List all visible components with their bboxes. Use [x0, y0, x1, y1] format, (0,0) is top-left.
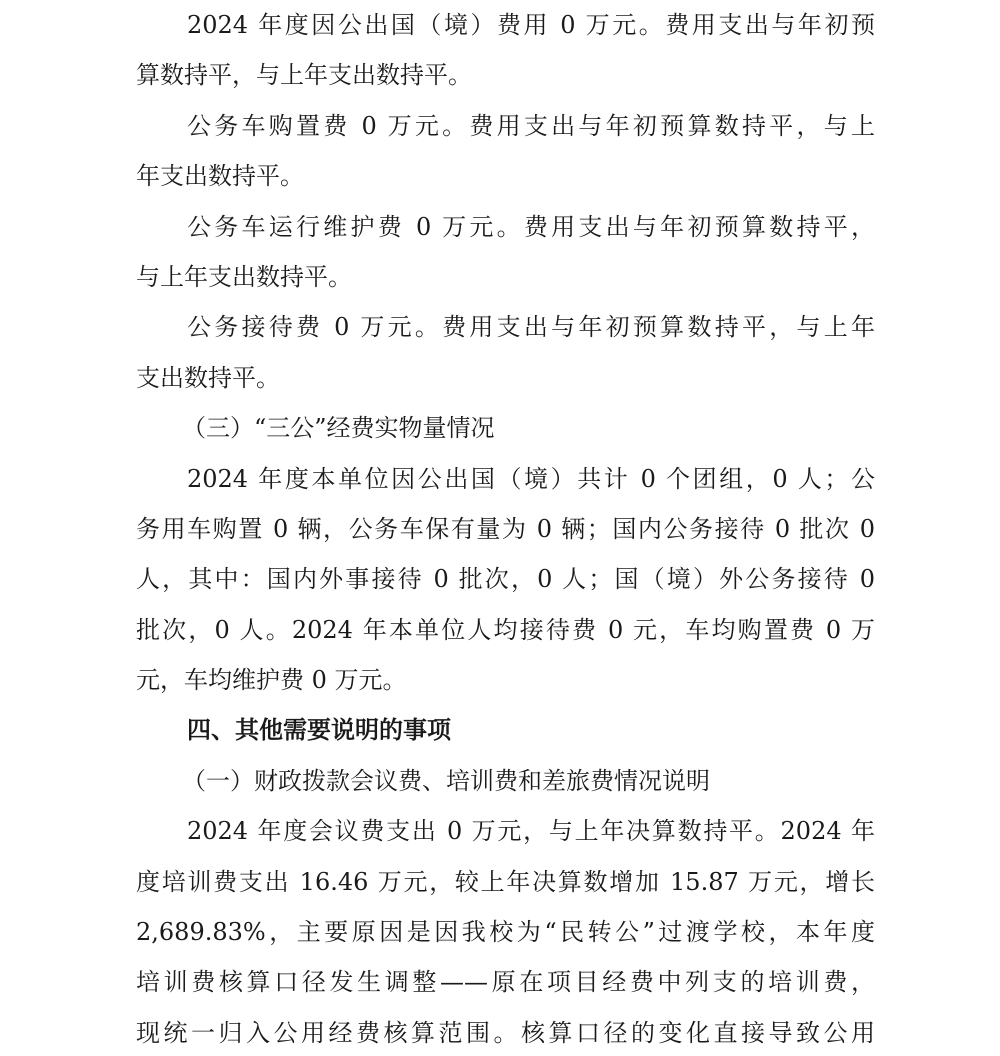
subheading-meetings-training-travel: （一）财政拨款会议费、培训费和差旅费情况说明	[136, 756, 875, 806]
text-line: 批次，0 人。2024 年本单位人均接待费 0 元，车均购置费 0 万	[136, 605, 875, 655]
text-line: 公务车购置费 0 万元。费用支出与年初预算数持平，与上	[136, 101, 875, 151]
text-line: 与上年支出数持平。	[136, 252, 875, 302]
paragraph-vehicle-maintenance: 公务车运行维护费 0 万元。费用支出与年初预算数持平， 与上年支出数持平。	[136, 202, 875, 303]
text-line: 度培训费支出 16.46 万元，较上年决算数增加 15.87 万元，增长	[136, 857, 875, 907]
text-line: 公务车运行维护费 0 万元。费用支出与年初预算数持平，	[136, 202, 875, 252]
paragraph-official-reception: 公务接待费 0 万元。费用支出与年初预算数持平，与上年 支出数持平。	[136, 302, 875, 403]
text-line: 年支出数持平。	[136, 151, 875, 201]
text-line: 现统一归入公用经费核算范围。核算口径的变化直接导致公用	[136, 1008, 875, 1056]
text-line: 人，其中：国内外事接待 0 批次，0 人；国（境）外公务接待 0	[136, 554, 875, 604]
paragraph-meetings-training: 2024 年度会议费支出 0 万元，与上年决算数持平。2024 年 度培训费支出…	[136, 806, 875, 1056]
text-line: 2024 年度因公出国（境）费用 0 万元。费用支出与年初预	[136, 0, 875, 50]
paragraph-overseas-travel: 2024 年度因公出国（境）费用 0 万元。费用支出与年初预 算数持平，与上年支…	[136, 0, 875, 101]
text-line: 务用车购置 0 辆，公务车保有量为 0 辆；国内公务接待 0 批次 0	[136, 504, 875, 554]
text-line: 2024 年度会议费支出 0 万元，与上年决算数持平。2024 年	[136, 806, 875, 856]
subheading-three-public-expenses: （三）“三公”经费实物量情况	[136, 403, 875, 453]
text-line: 公务接待费 0 万元。费用支出与年初预算数持平，与上年	[136, 302, 875, 352]
section-heading-other-matters: 四、其他需要说明的事项	[136, 705, 875, 755]
document-page: 2024 年度因公出国（境）费用 0 万元。费用支出与年初预 算数持平，与上年支…	[136, 0, 875, 1056]
text-line: 支出数持平。	[136, 353, 875, 403]
text-line: 元，车均维护费 0 万元。	[136, 655, 875, 705]
text-line: 算数持平，与上年支出数持平。	[136, 50, 875, 100]
text-line: 培训费核算口径发生调整——原在项目经费中列支的培训费，	[136, 957, 875, 1007]
paragraph-physical-quantities: 2024 年度本单位因公出国（境）共计 0 个团组，0 人；公 务用车购置 0 …	[136, 454, 875, 706]
text-line: 2024 年度本单位因公出国（境）共计 0 个团组，0 人；公	[136, 454, 875, 504]
text-line: 2,689.83%，主要原因是因我校为“民转公”过渡学校，本年度	[136, 907, 875, 957]
paragraph-vehicle-purchase: 公务车购置费 0 万元。费用支出与年初预算数持平，与上 年支出数持平。	[136, 101, 875, 202]
